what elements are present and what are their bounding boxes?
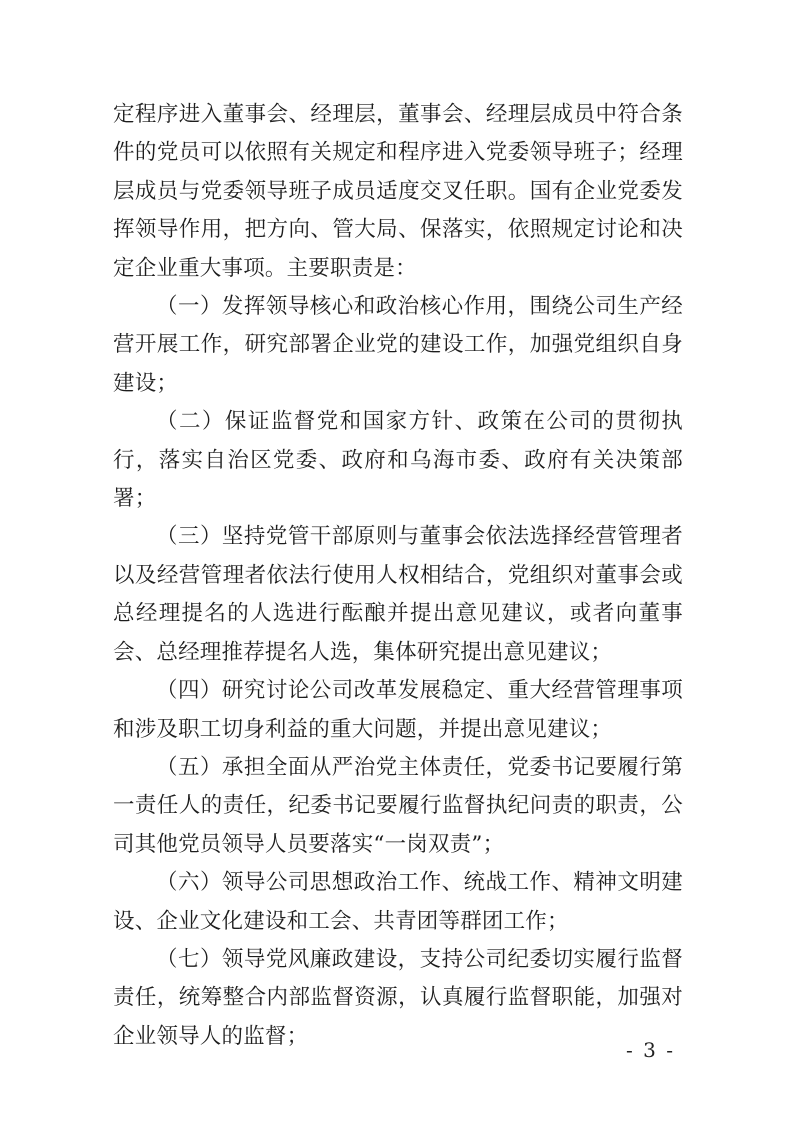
duty-item-2: （二）保证监督党和国家方针、政策在公司的贯彻执行，落实自治区党委、政府和乌海市委… [113, 403, 683, 518]
duty-item-6: （六）领导公司思想政治工作、统战工作、精神文明建设、企业文化建设和工会、共青团等… [113, 864, 683, 941]
duty-item-1: （一）发挥领导核心和政治核心作用，围绕公司生产经营开展工作，研究部署企业党的建设… [113, 288, 683, 403]
page-footer: - 3 - [0, 1038, 793, 1068]
duty-item-3: （三）坚持党管干部原则与董事会依法选择经营管理者以及经营管理者依法行使用人权相结… [113, 518, 683, 672]
document-page: 定程序进入董事会、经理层，董事会、经理层成员中符合条件的党员可以依照有关规定和程… [0, 0, 793, 1122]
duty-item-4: （四）研究讨论公司改革发展稳定、重大经营管理事项和涉及职工切身利益的重大问题，并… [113, 672, 683, 749]
document-body: 定程序进入董事会、经理层，董事会、经理层成员中符合条件的党员可以依照有关规定和程… [113, 96, 683, 1056]
page-number: - 3 - [626, 1038, 675, 1062]
duty-item-5: （五）承担全面从严治党主体责任，党委书记要履行第一责任人的责任，纪委书记要履行监… [113, 749, 683, 864]
paragraph-continuation: 定程序进入董事会、经理层，董事会、经理层成员中符合条件的党员可以依照有关规定和程… [113, 96, 683, 288]
